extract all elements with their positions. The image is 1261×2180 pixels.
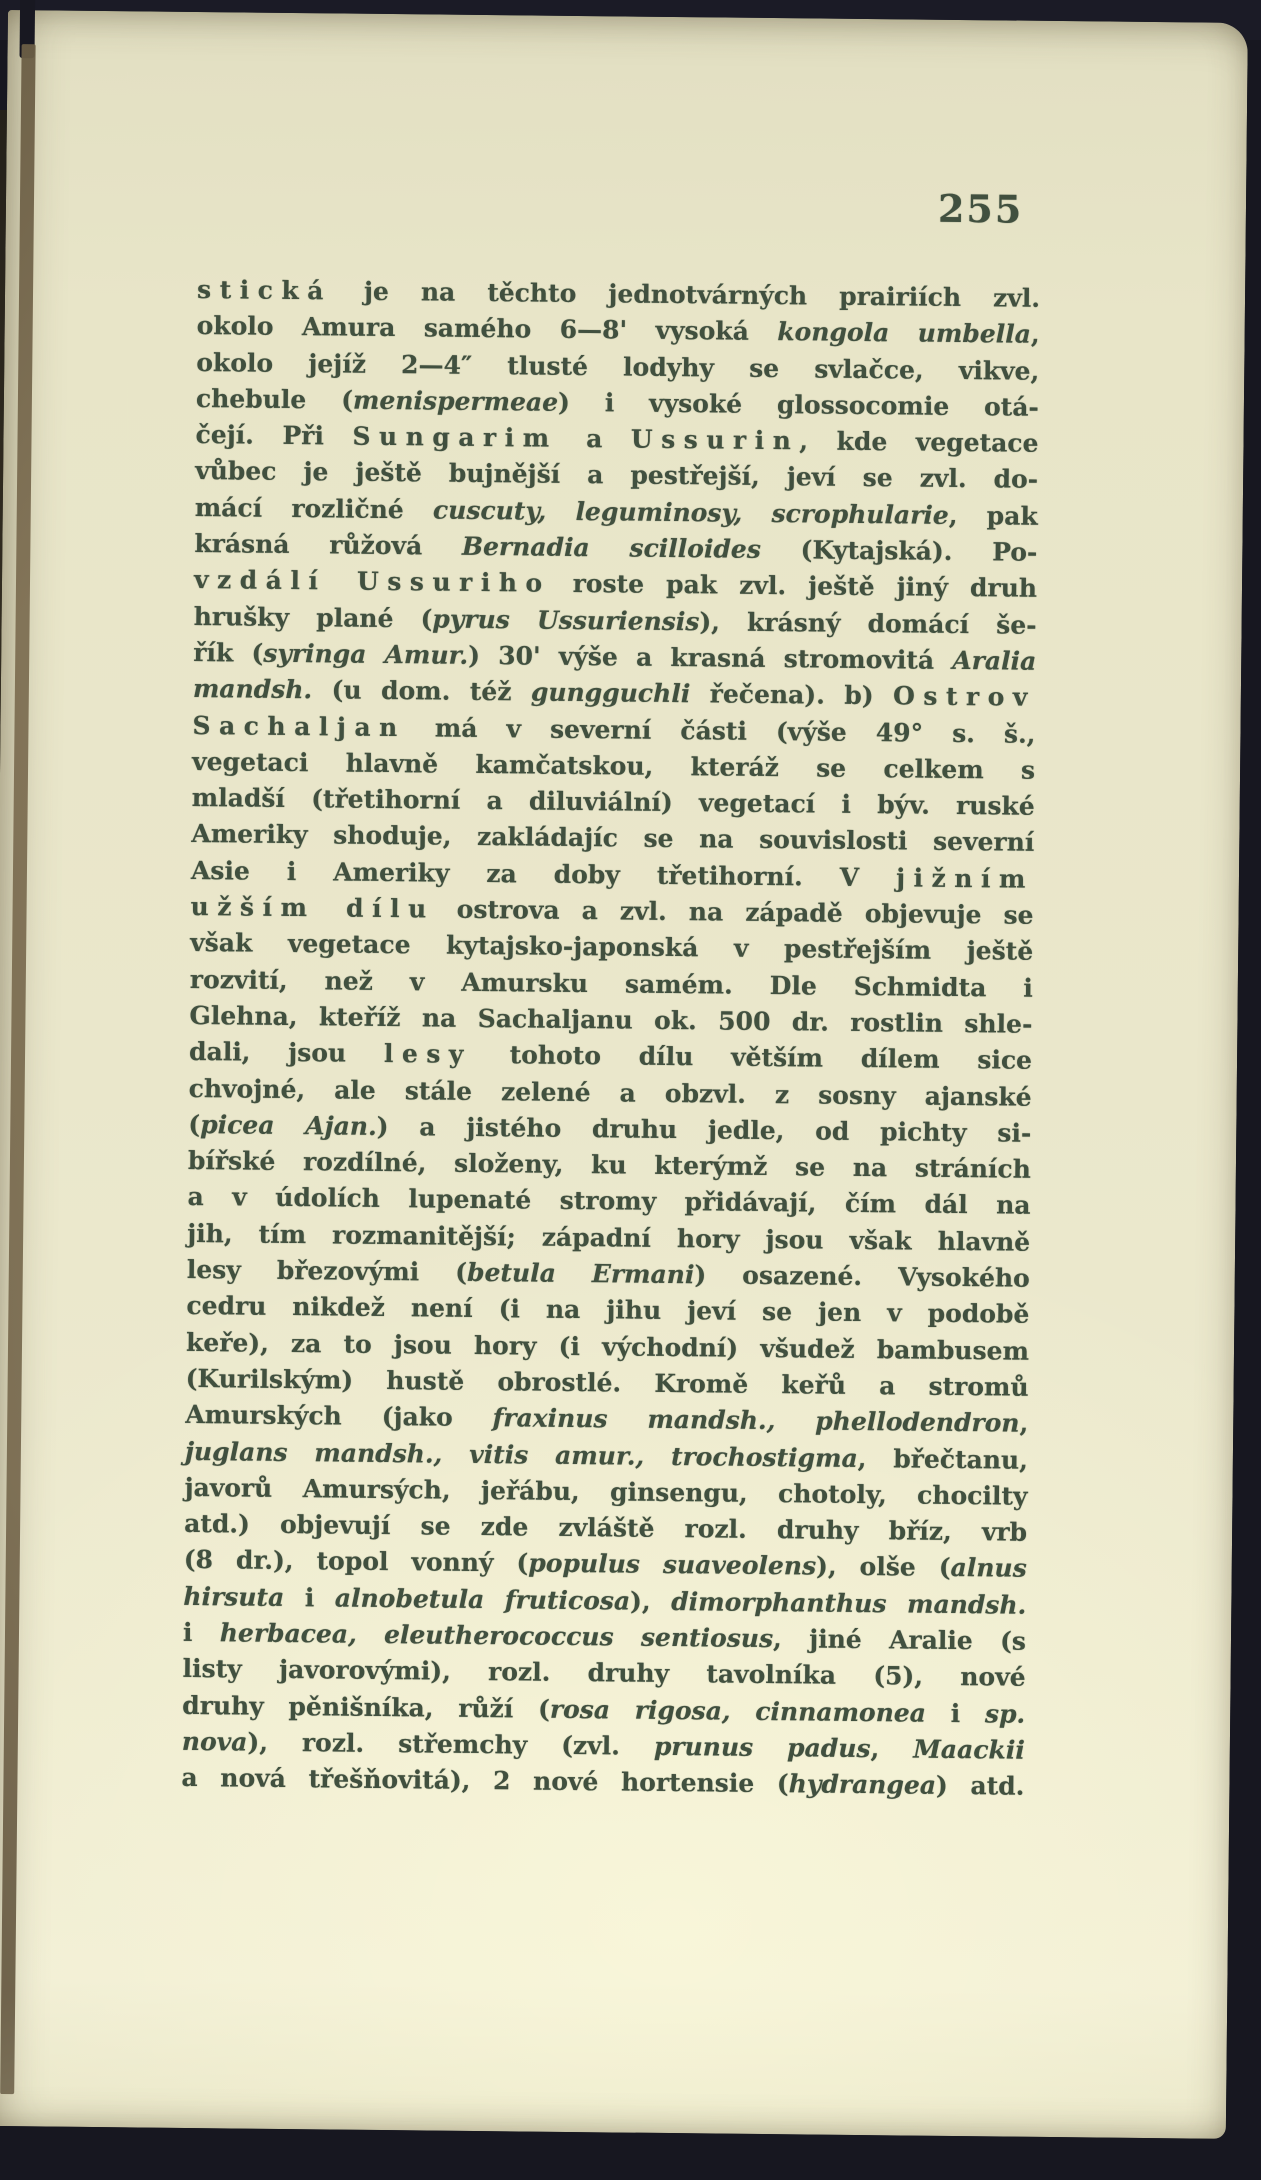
text-segment: však vegetace kytajsko-japonská v pestře… [190, 928, 1033, 966]
text-segment: čejí. Při [195, 420, 352, 451]
text-segment: , [1019, 1409, 1028, 1438]
italic-text: kongola umbella [777, 317, 1031, 349]
text-segment: ( [188, 1110, 200, 1139]
letterspaced-text: lesy [384, 1039, 472, 1069]
text-segment: ) i vysoké glossocomie otá- [558, 388, 1039, 422]
italic-text: prunus padus [654, 1732, 871, 1763]
text-segment: chebule ( [196, 384, 353, 415]
text-segment: i [183, 1618, 220, 1647]
body-text: stická je na těchto jednotvárných prairi… [181, 272, 1040, 1805]
italic-text: pyrus Ussuriensis [432, 604, 699, 636]
text-segment: ), rozl. střemchy (zvl. [247, 1727, 654, 1760]
text-segment: listy javorovými), rozl. druhy tavolníka… [182, 1654, 1025, 1692]
text-segment: , jiné Aralie (s [773, 1624, 1026, 1656]
italic-text: dimorphanthus mandsh. [671, 1587, 1026, 1620]
text-segment: a nová třešňovitá), 2 nové hortensie ( [181, 1763, 789, 1798]
text-segment: ), [630, 1586, 671, 1615]
text-segment: Ameriky shoduje, zakládajíc se na souvis… [191, 819, 1034, 857]
text-line: a nová třešňovitá), 2 nové hortensie (hy… [181, 1760, 1024, 1805]
text-segment: okolo jejíž 2—4″ tlusté lodyhy se svlačc… [196, 348, 1039, 386]
text-segment: cedru nikdež není (i na jihu jeví se jen… [186, 1291, 1029, 1329]
italic-text: sp. [985, 1699, 1026, 1728]
letterspaced-text: stická [197, 275, 332, 305]
text-segment: (Kytajská). Po- [761, 535, 1038, 567]
italic-text: hydrangea [789, 1769, 937, 1800]
text-segment: a v údolích lupenaté stromy přidávají, č… [187, 1182, 1030, 1220]
italic-text: nova [182, 1727, 248, 1757]
page-number: 255 [938, 186, 1024, 232]
text-segment: Asie i Ameriky za doby třetihorní. V [191, 856, 896, 892]
text-segment: , pak [949, 501, 1038, 531]
text-segment: lesy březovými ( [187, 1255, 468, 1287]
text-segment: hrušky plané ( [194, 602, 433, 633]
letterspaced-text: Sungarim [352, 422, 558, 453]
italic-text: betula Ermani [467, 1258, 695, 1289]
text-segment: krásná růžová [194, 529, 462, 561]
book-page: 255 stická je na těchto jednotvárných pr… [0, 10, 1248, 2139]
text-segment: atd.) objevují se zde zvláště rozl. druh… [184, 1509, 1027, 1547]
text-segment: bířské rozdílné, složeny, ku kterýmž se … [188, 1146, 1031, 1184]
text-segment: i [926, 1698, 985, 1728]
italic-text: cuscuty, leguminosy, scrophularie [433, 495, 949, 529]
text-segment: tohoto dílu větším dílem sice [472, 1040, 1032, 1075]
italic-text: herbacea, eleutherococcus sentiosus [220, 1618, 774, 1653]
text-segment: ostrova a zvl. na západě objevuje se [435, 895, 1034, 930]
text-segment: ) a jistého druhu jedle, od pichty si- [377, 1112, 1032, 1148]
text-segment: (Kurilským) hustě obrostlé. Kromě keřů a… [186, 1364, 1029, 1402]
text-segment: , břečtanu, [858, 1443, 1028, 1474]
text-segment: chvojné, ale stále zelené a obzvl. z sos… [189, 1073, 1032, 1111]
letterspaced-text: užším dílu [190, 892, 434, 924]
text-segment: druhy pěnišníka, růží ( [182, 1690, 550, 1723]
text-segment: jih, tím rozmanitější; západní hory jsou… [187, 1219, 1030, 1257]
spine-strip [0, 44, 35, 2094]
text-segment: má v severní části (výše 49° s. š., [406, 713, 1036, 749]
text-segment: vegetaci hlavně kamčatskou, kteráž se ce… [192, 747, 1035, 785]
text-segment: Amurských (jako [185, 1400, 493, 1432]
italic-text: gungguchli [531, 678, 691, 709]
text-segment: řečena). b) [690, 679, 893, 710]
letterspaced-text: Sachaljan [192, 711, 406, 742]
text-segment: , [870, 1734, 913, 1763]
text-segment: dali, jsou [189, 1037, 384, 1068]
italic-text: menispermeae [353, 386, 558, 417]
italic-text: picea Ajan. [200, 1110, 377, 1141]
text-segment: je na těchto jednotvárných prairiích zvl… [332, 276, 1040, 312]
text-segment: keře), za to jsou hory (i východní) všud… [186, 1328, 1029, 1366]
text-segment: (u dom. též [312, 675, 531, 706]
text-segment: mácí rozličné [195, 493, 434, 524]
text-segment: okolo Amura samého 6—8' vysoká [197, 311, 778, 346]
text-segment: , kde vegetace [799, 426, 1038, 458]
text-segment: ) atd. [936, 1771, 1025, 1801]
italic-text: juglans mandsh., vitis amur., trochostig… [185, 1436, 858, 1472]
italic-text: alnus [950, 1553, 1026, 1583]
text-segment: ), krásný domácí še- [699, 607, 1036, 640]
text-segment: ) osazené. Vysokého [694, 1260, 1030, 1293]
italic-text: syringa Amur. [263, 639, 468, 670]
text-segment: řík ( [193, 638, 263, 668]
letterspaced-text: vzdálí Ussuriho [194, 565, 551, 598]
text-segment: javorů Amursých, jeřábu, ginsengu, choto… [184, 1473, 1027, 1511]
italic-text: rosa rigosa, cinnamonea [550, 1694, 926, 1727]
text-segment: (8 dr.), topol vonný ( [184, 1545, 529, 1578]
italic-text: Maackii [913, 1734, 1025, 1764]
italic-text: Aralia [952, 646, 1036, 676]
text-segment: i [284, 1583, 335, 1613]
italic-text: hirsuta [183, 1582, 284, 1612]
text-segment: vůbec je ještě bujnější a pestřejší, jev… [195, 456, 1038, 494]
text-segment: mladší (třetihorní a diluviální) vegetac… [192, 783, 1035, 821]
text-segment: a [558, 424, 632, 454]
letterspaced-text: jižním [896, 863, 1034, 893]
text-segment: Glehna, kteříž na Sachaljanu ok. 500 dr.… [189, 1001, 1032, 1039]
italic-text: alnobetula fruticosa [335, 1583, 631, 1615]
letterspaced-text: Ostrov [893, 682, 1036, 712]
text-segment: rozvití, než v Amursku samém. Dle Schmid… [190, 965, 1033, 1003]
italic-text: mandsh. [193, 674, 313, 704]
italic-text: fraxinus mandsh., phellodendron [492, 1403, 1019, 1438]
text-segment: ) 30' výše a krasná stromovitá [468, 641, 952, 675]
text-segment: , [1031, 320, 1040, 349]
letterspaced-text: Ussurin [631, 425, 800, 456]
italic-text: populus suaveolens [528, 1549, 816, 1581]
italic-text: Bernadia scilloides [462, 532, 761, 564]
text-segment: roste pak zvl. ještě jiný druh [550, 569, 1037, 603]
text-segment: ), olše ( [816, 1552, 951, 1582]
